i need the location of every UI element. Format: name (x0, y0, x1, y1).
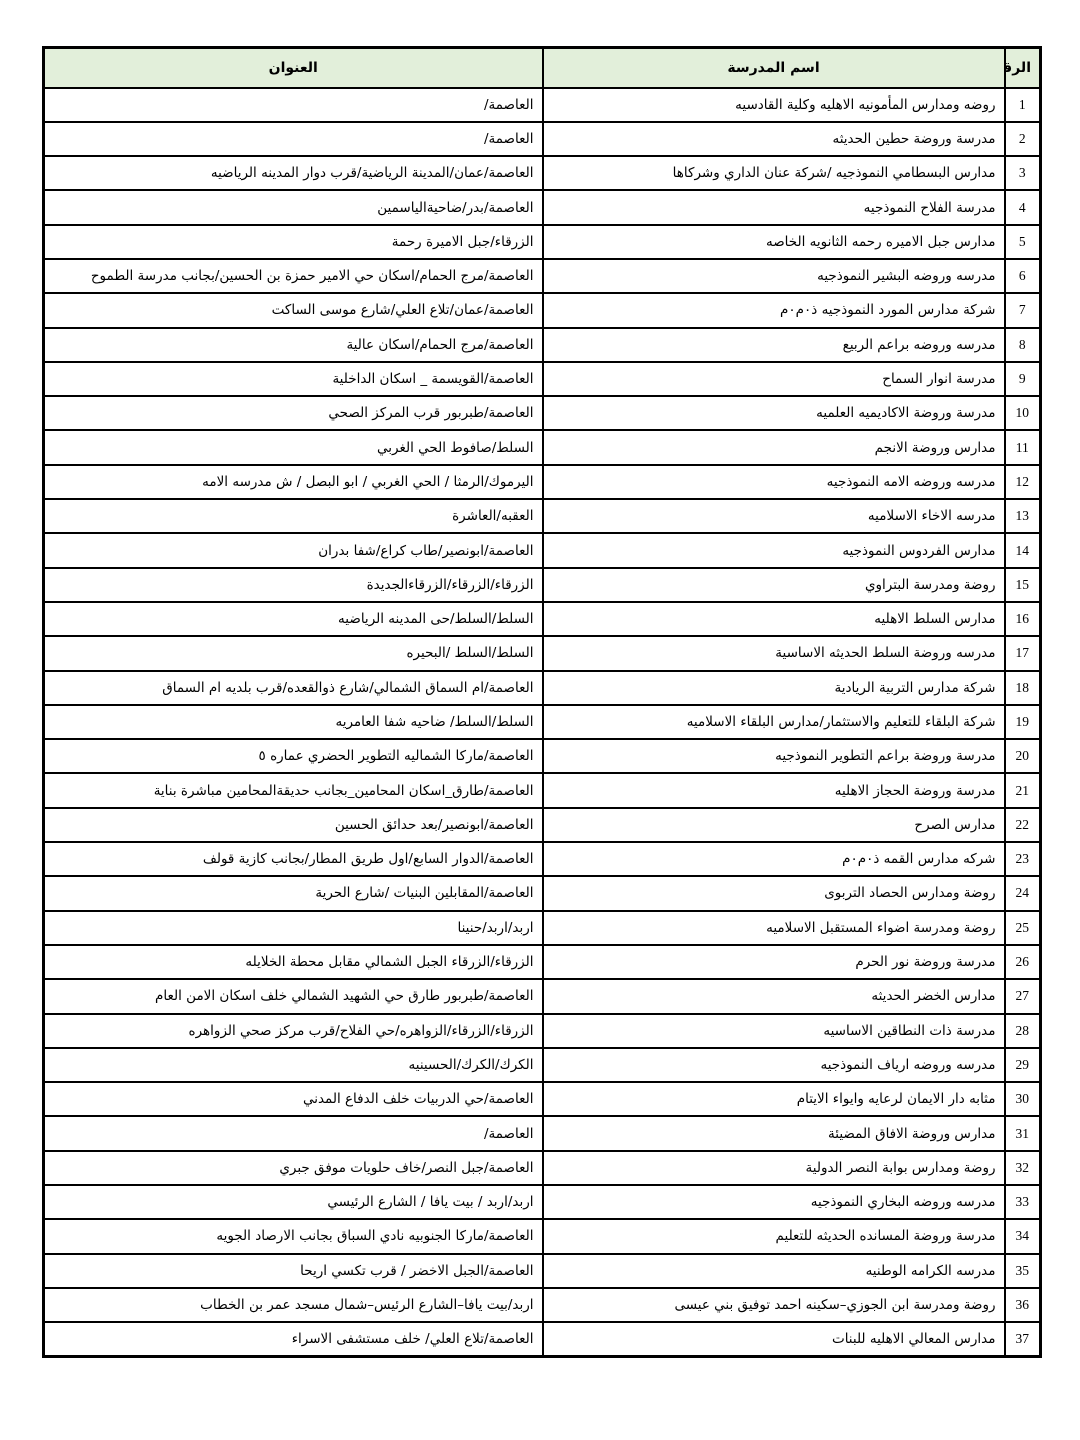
row-number: 25 (1005, 911, 1041, 945)
table-row: 36روضة ومدرسة ابن الجوزي–سكينه احمد توفي… (44, 1288, 1041, 1322)
school-name-cell: مدرسه الكرامه الوطنيه (543, 1254, 1005, 1288)
row-number: 2 (1005, 122, 1041, 156)
row-number: 14 (1005, 533, 1041, 567)
table-row: 15روضة ومدرسة البتراويالزرقاء/الزرقاء/ال… (44, 568, 1041, 602)
school-name-cell: شركة البلقاء للتعليم والاستثمار/مدارس ال… (543, 705, 1005, 739)
address-cell: العاصمة/ (44, 122, 543, 156)
school-name-cell: مدرسه وروضه البخاري النموذجيه (543, 1185, 1005, 1219)
address-cell: الزرقاء/الزرقاء/الزواهره/حي الفلاح/قرب م… (44, 1014, 543, 1048)
address-cell: العاصمة/طبربور قرب المركز الصحي (44, 396, 543, 430)
address-cell: العقبه/العاشرة (44, 499, 543, 533)
address-cell: الكرك/الكرك/الحسينيه (44, 1048, 543, 1082)
table-row: 19شركة البلقاء للتعليم والاستثمار/مدارس … (44, 705, 1041, 739)
table-row: 27مدارس الخضر الحديثهالعاصمة/طبربور طارق… (44, 979, 1041, 1013)
table-row: 14مدارس الفردوس النموذجيهالعاصمة/ابونصير… (44, 533, 1041, 567)
school-name-cell: روضه ومدارس المأمونيه الاهليه وكلية القا… (543, 88, 1005, 122)
row-number: 5 (1005, 225, 1041, 259)
address-cell: اربد/بيت يافا–الشارع الرئيس–شمال مسجد عم… (44, 1288, 543, 1322)
table-row: 23شركه مدارس القمه ذ٠م٠مالعاصمة/الدوار ا… (44, 842, 1041, 876)
address-cell: العاصمة/عمان/تلاع العلي/شارع موسى الساكت (44, 293, 543, 327)
row-number: 21 (1005, 773, 1041, 807)
row-number: 7 (1005, 293, 1041, 327)
address-cell: الزرقاء/الزرقاء الجبل الشمالي مقابل محطة… (44, 945, 543, 979)
table-row: 2مدرسة وروضة حطين الحديثهالعاصمة/ (44, 122, 1041, 156)
table-row: 37مدارس المعالي الاهليه للبناتالعاصمة/تل… (44, 1322, 1041, 1356)
row-number: 24 (1005, 876, 1041, 910)
school-name-cell: مدرسه وروضه ارياف النموذجيه (543, 1048, 1005, 1082)
table-row: 4مدرسة الفلاح النموذجيهالعاصمة/بدر/ضاحية… (44, 190, 1041, 224)
row-number: 4 (1005, 190, 1041, 224)
row-number: 8 (1005, 328, 1041, 362)
schools-table: الرقم اسم المدرسة العنوان 1روضه ومدارس ا… (42, 46, 1042, 1358)
address-cell: العاصمة/الدوار السابع/اول طريق المطار/بج… (44, 842, 543, 876)
row-number: 26 (1005, 945, 1041, 979)
address-cell: العاصمة/طارق_اسكان المحامين_بجانب حديقةا… (44, 773, 543, 807)
address-cell: العاصمة/عمان/المدينة الرياضية/قرب دوار ا… (44, 156, 543, 190)
table-row: 16مدارس السلط الاهليهالسلط/السلط/حى المد… (44, 602, 1041, 636)
address-cell: العاصمة/ابونصير/طاب كراع/شفا بدران (44, 533, 543, 567)
table-row: 24روضة ومدارس الحصاد التربوىالعاصمة/المق… (44, 876, 1041, 910)
address-cell: العاصمة/ام السماق الشمالي/شارع ذوالقعده/… (44, 671, 543, 705)
table-row: 25روضة ومدرسة اضواء المستقبل الاسلاميهار… (44, 911, 1041, 945)
school-name-cell: مدرسه وروضه البشير النموذجيه (543, 259, 1005, 293)
address-cell: العاصمة/ماركا الجنوبيه نادي السباق بجانب… (44, 1219, 543, 1253)
school-name-cell: مدارس جبل الاميره رحمه الثانويه الخاصه (543, 225, 1005, 259)
table-row: 10مدرسة وروضة الاكاديميه العلميهالعاصمة/… (44, 396, 1041, 430)
table-row: 28مدرسة ذات النطاقين الاساسيهالزرقاء/الز… (44, 1014, 1041, 1048)
school-name-cell: مدرسه الاخاء الاسلاميه (543, 499, 1005, 533)
row-number: 34 (1005, 1219, 1041, 1253)
school-name-cell: شركة مدارس المورد النموذجيه ذ٠م٠م (543, 293, 1005, 327)
row-number: 23 (1005, 842, 1041, 876)
table-row: 33مدرسه وروضه البخاري النموذجيهاربد/اربد… (44, 1185, 1041, 1219)
row-number: 32 (1005, 1151, 1041, 1185)
row-number: 3 (1005, 156, 1041, 190)
address-cell: السلط/السلط/ ضاحيه شفا العامريه (44, 705, 543, 739)
school-name-cell: مدرسة ذات النطاقين الاساسيه (543, 1014, 1005, 1048)
table-row: 22مدارس الصرحالعاصمة/ابونصير/بعد حدائق ا… (44, 808, 1041, 842)
table-row: 21مدرسة وروضة الحجاز الاهليهالعاصمة/طارق… (44, 773, 1041, 807)
school-name-cell: روضة ومدرسة ابن الجوزي–سكينه احمد توفيق … (543, 1288, 1005, 1322)
address-cell: اربد/اربد / بيت يافا / الشارع الرئيسي (44, 1185, 543, 1219)
school-name-cell: مدرسه وروضه براعم الربيع (543, 328, 1005, 362)
row-number: 33 (1005, 1185, 1041, 1219)
school-name-cell: مدرسة وروضة نور الحرم (543, 945, 1005, 979)
table-row: 12مدرسه وروضه الامه النموذجيهاليرموك/الر… (44, 465, 1041, 499)
table-row: 11مدارس وروضة الانجمالسلط/صافوط الحي الغ… (44, 430, 1041, 464)
table-row: 1روضه ومدارس المأمونيه الاهليه وكلية الق… (44, 88, 1041, 122)
school-name-cell: مدرسة وروضة براعم التطوير النموذجيه (543, 739, 1005, 773)
address-cell: العاصمة/مرج الحمام/اسكان حي الامير حمزة … (44, 259, 543, 293)
row-number: 10 (1005, 396, 1041, 430)
table-row: 20مدرسة وروضة براعم التطوير النموذجيهالع… (44, 739, 1041, 773)
school-name-cell: مدرسة وروضة الحجاز الاهليه (543, 773, 1005, 807)
row-number: 36 (1005, 1288, 1041, 1322)
header-school-name: اسم المدرسة (543, 48, 1005, 88)
address-cell: العاصمة/طبربور طارق حي الشهيد الشمالي خل… (44, 979, 543, 1013)
schools-sheet: الرقم اسم المدرسة العنوان 1روضه ومدارس ا… (42, 46, 1039, 1358)
row-number: 22 (1005, 808, 1041, 842)
school-name-cell: مثابه دار الايمان لرعايه وايواء الايتام (543, 1082, 1005, 1116)
address-cell: العاصمة/مرج الحمام/اسكان عالية (44, 328, 543, 362)
table-row: 30مثابه دار الايمان لرعايه وايواء الايتا… (44, 1082, 1041, 1116)
address-cell: الزرقاء/الزرقاء/الزرقاءالجديدة (44, 568, 543, 602)
school-name-cell: مدرسه وروضة السلط الحديثه الاساسية (543, 636, 1005, 670)
school-name-cell: روضة ومدرسة البتراوي (543, 568, 1005, 602)
row-number: 1 (1005, 88, 1041, 122)
address-cell: العاصمة/القويسمة _ اسكان الداخلية (44, 362, 543, 396)
address-cell: السلط/السلط /البحيره (44, 636, 543, 670)
school-name-cell: مدارس البسطامي النموذجيه /شركة عنان الدا… (543, 156, 1005, 190)
row-number: 12 (1005, 465, 1041, 499)
address-cell: العاصمة/جبل النصر/خاف حلويات موفق جبري (44, 1151, 543, 1185)
table-row: 31مدارس وروضة الافاق المضيئةالعاصمة/ (44, 1116, 1041, 1150)
address-cell: العاصمة/المقابلين البنيات /شارع الحرية (44, 876, 543, 910)
table-row: 32روضة ومدارس بوابة النصر الدوليةالعاصمة… (44, 1151, 1041, 1185)
table-header-row: الرقم اسم المدرسة العنوان (44, 48, 1041, 88)
row-number: 27 (1005, 979, 1041, 1013)
school-name-cell: مدرسة وروضة المسانده الحديثه للتعليم (543, 1219, 1005, 1253)
row-number: 29 (1005, 1048, 1041, 1082)
address-cell: السلط/صافوط الحي الغربي (44, 430, 543, 464)
row-number: 6 (1005, 259, 1041, 293)
address-cell: العاصمة/ (44, 1116, 543, 1150)
school-name-cell: مدرسة وروضة حطين الحديثه (543, 122, 1005, 156)
table-body: 1روضه ومدارس المأمونيه الاهليه وكلية الق… (44, 88, 1041, 1357)
school-name-cell: مدارس الفردوس النموذجيه (543, 533, 1005, 567)
school-name-cell: مدرسه وروضه الامه النموذجيه (543, 465, 1005, 499)
address-cell: العاصمة/الجبل الاخضر / قرب تكسي اريحا (44, 1254, 543, 1288)
row-number: 28 (1005, 1014, 1041, 1048)
row-number: 11 (1005, 430, 1041, 464)
table-row: 3مدارس البسطامي النموذجيه /شركة عنان الد… (44, 156, 1041, 190)
school-name-cell: مدارس السلط الاهليه (543, 602, 1005, 636)
table-row: 26مدرسة وروضة نور الحرمالزرقاء/الزرقاء ا… (44, 945, 1041, 979)
row-number: 15 (1005, 568, 1041, 602)
address-cell: اربد/اربد/حنينا (44, 911, 543, 945)
address-cell: العاصمة/تلاع العلي/ خلف مستشفى الاسراء (44, 1322, 543, 1356)
table-row: 29مدرسه وروضه ارياف النموذجيهالكرك/الكرك… (44, 1048, 1041, 1082)
table-row: 18شركة مدارس التربية الرياديةالعاصمة/ام … (44, 671, 1041, 705)
school-name-cell: روضة ومدارس الحصاد التربوى (543, 876, 1005, 910)
table-row: 7شركة مدارس المورد النموذجيه ذ٠م٠مالعاصم… (44, 293, 1041, 327)
row-number: 35 (1005, 1254, 1041, 1288)
address-cell: العاصمة/حي الدربيات خلف الدفاع المدني (44, 1082, 543, 1116)
row-number: 16 (1005, 602, 1041, 636)
table-row: 17مدرسه وروضة السلط الحديثه الاساسيةالسل… (44, 636, 1041, 670)
school-name-cell: مدارس وروضة الانجم (543, 430, 1005, 464)
row-number: 19 (1005, 705, 1041, 739)
row-number: 37 (1005, 1322, 1041, 1356)
school-name-cell: شركة مدارس التربية الريادية (543, 671, 1005, 705)
school-name-cell: روضة ومدارس بوابة النصر الدولية (543, 1151, 1005, 1185)
table-row: 8مدرسه وروضه براعم الربيعالعاصمة/مرج الح… (44, 328, 1041, 362)
school-name-cell: مدارس الخضر الحديثه (543, 979, 1005, 1013)
table-row: 34مدرسة وروضة المسانده الحديثه للتعليمال… (44, 1219, 1041, 1253)
school-name-cell: مدارس وروضة الافاق المضيئة (543, 1116, 1005, 1150)
row-number: 13 (1005, 499, 1041, 533)
address-cell: العاصمة/بدر/ضاحيةالياسمين (44, 190, 543, 224)
school-name-cell: مدارس المعالي الاهليه للبنات (543, 1322, 1005, 1356)
row-number: 20 (1005, 739, 1041, 773)
row-number: 17 (1005, 636, 1041, 670)
address-cell: العاصمة/ابونصير/بعد حدائق الحسين (44, 808, 543, 842)
row-number: 9 (1005, 362, 1041, 396)
header-number: الرقم (1005, 48, 1041, 88)
school-name-cell: مدرسة الفلاح النموذجيه (543, 190, 1005, 224)
header-address: العنوان (44, 48, 543, 88)
table-row: 13مدرسه الاخاء الاسلاميهالعقبه/العاشرة (44, 499, 1041, 533)
row-number: 18 (1005, 671, 1041, 705)
address-cell: الزرقاء/جبل الاميرة رحمة (44, 225, 543, 259)
row-number: 31 (1005, 1116, 1041, 1150)
school-name-cell: مدرسة وروضة الاكاديميه العلميه (543, 396, 1005, 430)
address-cell: العاصمة/ماركا الشماليه التطوير الحضري عم… (44, 739, 543, 773)
table-row: 35مدرسه الكرامه الوطنيهالعاصمة/الجبل الا… (44, 1254, 1041, 1288)
table-row: 5مدارس جبل الاميره رحمه الثانويه الخاصها… (44, 225, 1041, 259)
school-name-cell: مدارس الصرح (543, 808, 1005, 842)
table-row: 9مدرسة انوار السماحالعاصمة/القويسمة _ اس… (44, 362, 1041, 396)
address-cell: العاصمة/ (44, 88, 543, 122)
school-name-cell: شركه مدارس القمه ذ٠م٠م (543, 842, 1005, 876)
address-cell: اليرموك/الرمثا / الحي الغربي / ابو البصل… (44, 465, 543, 499)
school-name-cell: مدرسة انوار السماح (543, 362, 1005, 396)
table-row: 6مدرسه وروضه البشير النموذجيهالعاصمة/مرج… (44, 259, 1041, 293)
address-cell: السلط/السلط/حى المدينه الرياضيه (44, 602, 543, 636)
row-number: 30 (1005, 1082, 1041, 1116)
school-name-cell: روضة ومدرسة اضواء المستقبل الاسلاميه (543, 911, 1005, 945)
